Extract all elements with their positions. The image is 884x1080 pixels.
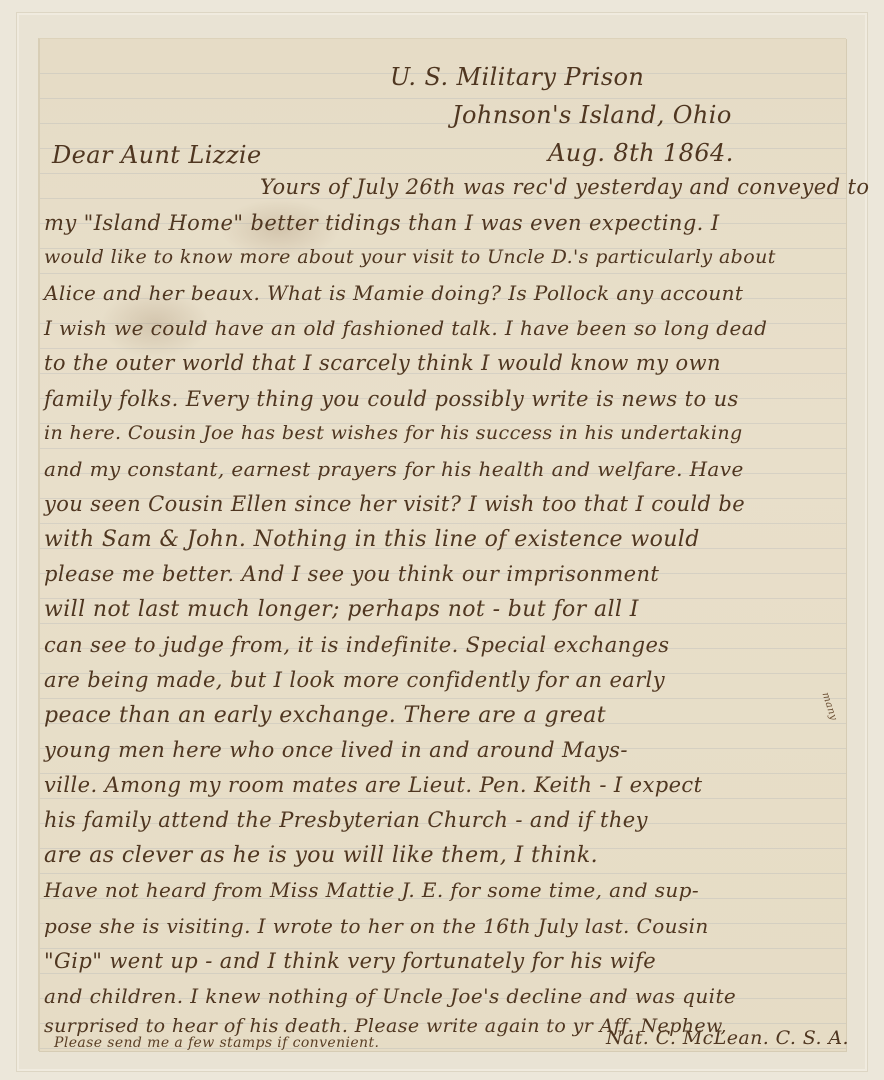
body-line: and children. I knew nothing of Uncle Jo… [44, 984, 736, 1008]
heading-place-line-2: Johnson's Island, Ohio [452, 101, 732, 129]
signature: Nat. C. McLean. C. S. A. [606, 1027, 849, 1049]
body-line: I wish we could have an old fashioned ta… [44, 316, 767, 340]
margin-insertion-many: many [820, 691, 839, 722]
heading-date: Aug. 8th 1864. [548, 139, 734, 167]
body-line: please me better. And I see you think ou… [44, 562, 659, 586]
body-line: to the outer world that I scarcely think… [44, 351, 721, 375]
body-line: Yours of July 26th was rec'd yesterday a… [260, 175, 869, 199]
body-line: can see to judge from, it is indefinite.… [44, 633, 669, 657]
mat-frame: U. S. Military Prison Johnson's Island, … [0, 0, 884, 1080]
body-line: peace than an early exchange. There are … [44, 703, 606, 728]
body-line: you seen Cousin Ellen since her visit? I… [44, 492, 745, 516]
body-line: "Gip" went up - and I think very fortuna… [44, 949, 656, 973]
body-line: in here. Cousin Joe has best wishes for … [44, 422, 743, 444]
body-line: and my constant, earnest prayers for his… [44, 457, 744, 481]
postscript: Please send me a few stamps if convenien… [54, 1035, 379, 1051]
body-line: his family attend the Presbyterian Churc… [44, 808, 648, 832]
body-line: family folks. Every thing you could poss… [44, 387, 739, 411]
body-line: are being made, but I look more confiden… [44, 668, 665, 692]
body-line: my "Island Home" better tidings than I w… [44, 211, 720, 235]
body-line: would like to know more about your visit… [44, 246, 776, 268]
body-line: Alice and her beaux. What is Mamie doing… [44, 281, 743, 305]
salutation: Dear Aunt Lizzie [52, 141, 262, 169]
body-line: pose she is visiting. I wrote to her on … [44, 914, 709, 938]
heading-place-line-1: U. S. Military Prison [390, 63, 644, 91]
letter-paper: U. S. Military Prison Johnson's Island, … [38, 38, 846, 1051]
body-line: with Sam & John. Nothing in this line of… [44, 527, 700, 552]
body-line: young men here who once lived in and aro… [44, 738, 628, 762]
body-line: are as clever as he is you will like the… [44, 843, 598, 868]
body-line: will not last much longer; perhaps not -… [44, 597, 639, 622]
body-line: Have not heard from Miss Mattie J. E. fo… [44, 878, 699, 902]
body-line: ville. Among my room mates are Lieut. Pe… [44, 773, 702, 797]
